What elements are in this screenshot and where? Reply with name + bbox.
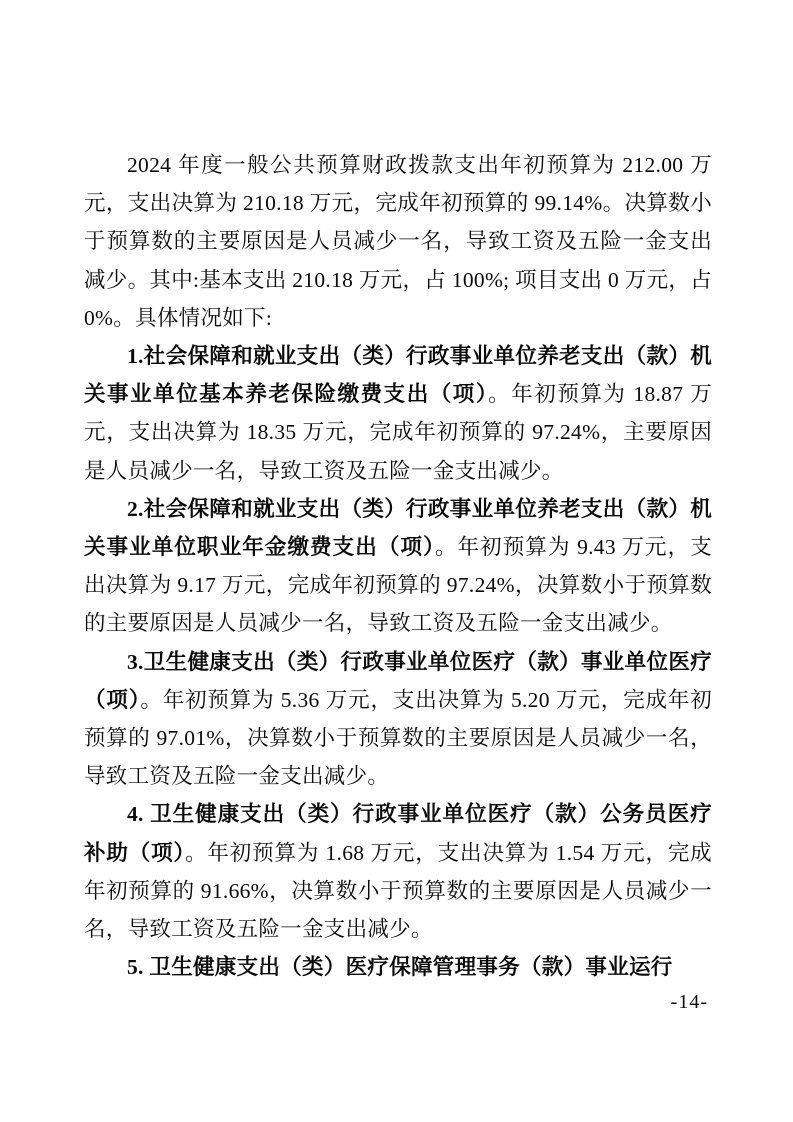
intro-text: 2024 年度一般公共预算财政拨款支出年初预算为 212.00 万元，支出决算为…	[84, 153, 712, 330]
budget-item-3: 3.卫生健康支出（类）行政事业单位医疗（款）事业单位医疗（项）。年初预算为 5.…	[84, 643, 712, 796]
document-page: 2024 年度一般公共预算财政拨款支出年初预算为 212.00 万元，支出决算为…	[0, 0, 793, 1122]
budget-item-1: 1.社会保障和就业支出（类）行政事业单位养老支出（款）机关事业单位基本养老保险缴…	[84, 337, 712, 490]
budget-item-5: 5. 卫生健康支出（类）医疗保障管理事务（款）事业运行	[84, 948, 712, 986]
document-body: 2024 年度一般公共预算财政拨款支出年初预算为 212.00 万元，支出决算为…	[84, 146, 712, 986]
page-number: -14-	[671, 991, 708, 1014]
budget-item-4: 4. 卫生健康支出（类）行政事业单位医疗（款）公务员医疗补助（项）。年初预算为 …	[84, 795, 712, 948]
intro-paragraph: 2024 年度一般公共预算财政拨款支出年初预算为 212.00 万元，支出决算为…	[84, 146, 712, 337]
budget-item-3-body: 。年初预算为 5.36 万元，支出决算为 5.20 万元，完成年初预算的 97.…	[84, 688, 712, 788]
budget-item-2: 2.社会保障和就业支出（类）行政事业单位养老支出（款）机关事业单位职业年金缴费支…	[84, 490, 712, 643]
budget-item-5-heading: 5. 卫生健康支出（类）医疗保障管理事务（款）事业运行	[127, 955, 673, 979]
